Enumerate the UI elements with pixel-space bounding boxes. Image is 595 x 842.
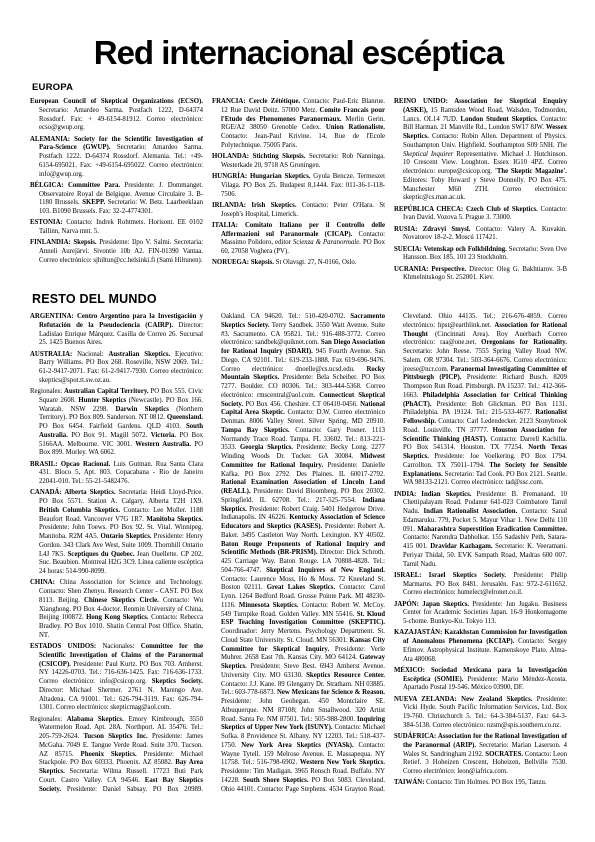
entry-name-bold: Cercle Zététique. <box>249 98 300 105</box>
entry-name-bold: Tucson Skeptics Inc. <box>83 733 147 740</box>
entry-name-bold: ISRAEL: <box>394 572 429 579</box>
entry-name-bold: MÉXICO: <box>394 667 431 674</box>
entry-name-bold: FRANCIA: <box>212 98 249 105</box>
entry-name-bold: Victoria. <box>151 432 176 439</box>
entry-name-bold: Hong Kong Skeptics. <box>86 614 149 621</box>
entry-name-bold: BÉLGICA: <box>30 182 68 189</box>
directory-entry: SUECIA: Vetenskap och Folkbildning. Secr… <box>394 246 567 264</box>
entry-name-bold: Hunter Skeptics <box>78 397 126 404</box>
entry-text: Nacionales: <box>102 643 140 650</box>
directory-entry: UCRANIA: Perspective. Director: Oleg G. … <box>394 266 567 284</box>
entry-name-bold: European Council of Skeptical Organizati… <box>30 98 203 105</box>
entry-text: PO Box 91. Magill 5072. <box>68 432 151 439</box>
entry-name-bold: Israel Skeptics Society. <box>429 572 506 579</box>
entry-name-bold: REINO UNIDO: <box>394 98 454 105</box>
directory-entry: ESTONIA: Contacto: Indrek Rohtmets. Hori… <box>30 219 203 237</box>
entry-name-bold: RUSIA: <box>394 226 423 233</box>
entry-text: Director: Michael Shermer. 2761 N. Maren… <box>39 687 203 712</box>
entry-name-bold: CHINA: <box>30 579 60 586</box>
entry-name-bold: Czech Club of Skeptics. <box>466 206 538 213</box>
page-title: Red internacional escéptica <box>30 34 567 72</box>
entry-name-bold: Zdravyi Smysl. <box>423 226 471 233</box>
entry-name-bold: Vetenskap och Folkbildning. <box>424 246 507 253</box>
entry-name-bold: Maharashtra Superstition Eradication Com… <box>417 526 567 533</box>
directory-entry: CHINA: China Association for Science and… <box>30 579 203 640</box>
directory-entry: MÉXICO: Sociedad Mexicana para la Invest… <box>394 667 567 693</box>
entry-name-bold: Alberta Skeptics. <box>64 489 115 496</box>
entry-name-bold: HOLANDA: <box>212 153 253 160</box>
directory-entry: CANADÁ: Alberta Skeptics. Secretaria: He… <box>30 489 203 577</box>
entry-name-bold: Perspective. <box>431 266 466 273</box>
entry-name-bold: IRLANDA: <box>212 202 251 209</box>
entry-name-bold: Opcao Racional. <box>61 461 111 468</box>
entry-name-bold: AUSTRALIA: <box>30 351 77 358</box>
entry-name-bold: SOCRATES. <box>485 751 523 758</box>
entry-name-bold: South Shore Skeptics. <box>243 777 309 784</box>
entry-name-bold: Indian Skeptics. <box>421 491 471 498</box>
entry-name-bold: Chinese Skeptics Circle. <box>84 597 159 604</box>
entry-name-bold: Phoenix Skeptics. <box>81 751 137 758</box>
entry-name-bold: TAIWÁN: <box>394 779 426 786</box>
entry-name-bold: London Student Skeptics. <box>461 116 538 123</box>
directory-entry: BRASIL: Opcao Racional. Luis Gutman. Rua… <box>30 461 203 487</box>
directory-entry: ISRAEL: Israel Skeptics Society. Preside… <box>394 572 567 598</box>
entry-name-bold: Tampa Bay Skeptics. <box>221 427 290 434</box>
directory-entry: HUNGRÍA: Hungarian Skeptics. Gyula Bencz… <box>212 173 385 199</box>
entry-name-bold: Irish Skeptics. <box>251 202 296 209</box>
directory-entry: BÉLGICA: Committee Para. Presidente: J. … <box>30 182 203 217</box>
directory-entry: ARGENTINA: Centro Argentino para la Inve… <box>30 313 203 348</box>
entry-name-bold: CANADÁ: <box>30 489 64 496</box>
entry-name-bold: Minnesota Skeptics. <box>239 602 299 609</box>
directory-entry: REINO UNIDO: Association for Skeptical E… <box>394 98 567 203</box>
directory-entry: AUSTRALIA: Nacional: Australian Skeptics… <box>30 351 203 386</box>
directory-entry: FRANCIA: Cercle Zététique. Contacto: Pau… <box>212 98 385 151</box>
entry-name-bold: KAZAJASTÁN: <box>394 629 444 636</box>
entry-name-bold: New Zealand Skeptics. <box>461 696 532 703</box>
directory-entry: NORUEGA: Skepsis. St Olavsgt. 27, N-0166… <box>212 259 385 268</box>
directory-entry: NUEVA ZELANDA: New Zealand Skeptics. Pre… <box>394 696 567 731</box>
directory-entry: REPÚBLICA CHECA: Czech Club of Skeptics.… <box>394 206 567 224</box>
directory-entry: IRLANDA: Irish Skeptics. Contacto: Peter… <box>212 202 385 220</box>
entry-name-bold: ALEMANIA: <box>30 136 74 143</box>
entry-name-bold: SUECIA: <box>394 246 424 253</box>
directory-entry: TAIWÁN: Contacto: Tim Holmes. PO Box 195… <box>394 779 567 788</box>
section-header-resto-del-mundo: RESTO DEL MUNDO <box>32 292 567 306</box>
entry-name-bold: Committee Para. <box>68 182 120 189</box>
entry-name-bold: Hungarian Skeptics. <box>250 173 310 180</box>
entry-name-bold: Ontario Skeptics. <box>101 533 152 540</box>
entry-name-bold: NORUEGA: <box>212 259 251 266</box>
entry-name-bold: Australian Capital Territory. <box>64 388 149 395</box>
entry-name-bold: Dravidar Kazhagam. <box>430 543 492 550</box>
entry-name-bold: 'The Skeptic Magazine'. <box>495 168 567 175</box>
entry-name-bold: New Mexicans for Science & Reason. <box>277 689 385 696</box>
entry-name-bold: Japan Skeptics. <box>422 601 469 608</box>
entry-name-bold: Queensland. <box>167 414 203 421</box>
entry-name-bold: Darwin Skeptics <box>115 406 168 413</box>
entry-text: Editores: Toby Howard y Steve Donnelly. … <box>403 177 567 202</box>
entry-name-bold: Union Rationaliste. <box>326 124 385 131</box>
entry-name-bold: Western Australia. <box>135 441 191 448</box>
entry-name-bold: NUEVA ZELANDA: <box>394 696 461 703</box>
entry-name-bold: Western New York Skeptics. <box>300 759 385 766</box>
entry-name-bold: Skepsis. <box>251 259 274 266</box>
directory-entry: Regionales: Australian Capital Territory… <box>30 388 203 458</box>
entry-text: PO Box 456. Cheshire. CT 06410-0456. <box>243 401 360 408</box>
directory-entry: ALEMANIA: Society for the Scientific Inv… <box>30 136 203 180</box>
directory-entry: FINLANDIA: Skepsis. Presidente: Ilpo V. … <box>30 239 203 265</box>
entry-name-bold: ITALIA: <box>212 222 245 229</box>
directory-entry: INDIA: Indian Skeptics. Presidente: B. P… <box>394 491 567 570</box>
entry-name-bold: Great Lakes Skeptics. <box>267 584 335 591</box>
entry-name-bold: HUNGRÍA: <box>212 173 250 180</box>
directory-columns-resto-del-mundo: ARGENTINA: Centro Argentino para la Inve… <box>30 313 567 794</box>
entry-text: PO Box 6454. Fairfield Gardens. QLD 4103… <box>39 423 186 430</box>
entry-name-bold: Oregonians for Rationality. <box>481 339 567 346</box>
entry-name-bold: Skeptical Inquirers of New England. <box>266 567 385 574</box>
entry-name-italic: Scienza & Paranormale. <box>293 239 361 246</box>
section-header-europa: EUROPA <box>32 82 567 93</box>
entry-name-bold: Skeptics Resource Center. <box>306 672 385 679</box>
entry-name-bold: SUDÁFRICA: <box>394 733 438 740</box>
entry-name-bold: Indian Rationalist Association. <box>424 508 518 515</box>
entry-name-bold: Skeptics Society. <box>152 678 203 685</box>
entry-name-bold: Stichting Skepsis. <box>253 153 306 160</box>
entry-name-bold: UCRANIA: <box>394 266 431 273</box>
entry-name-bold: ARGENTINA: <box>30 313 77 320</box>
entry-text: Contacto: Jean-Paul Krivine. 14, Rue de … <box>221 133 385 149</box>
document-page: Red internacional escéptica EUROPA Europ… <box>0 0 595 842</box>
entry-name-bold: Manitoba Skeptics. <box>146 516 203 523</box>
entry-text: Nacional: <box>77 351 108 358</box>
directory-entry: ESTADOS UNIDOS: Nacionales: Committee fo… <box>30 643 203 713</box>
entry-text: Contacto: Tim Holmes. PO Box 195, Tanzu. <box>426 779 546 786</box>
directory-entry: JAPÓN: Japan Skeptics. Presidente: Jun J… <box>394 601 567 627</box>
entry-name-bold: BRASIL: <box>30 461 61 468</box>
entry-name-bold: JAPÓN: <box>394 601 422 608</box>
entry-name-bold: Alabama Skeptics. <box>67 716 124 723</box>
directory-entry: ITALIA: Comitato Italiano per il Control… <box>212 222 385 257</box>
entry-name-bold: Sceptiques du Quebec. <box>68 551 135 558</box>
entry-name-bold: REPÚBLICA CHECA: <box>394 206 466 213</box>
directory-entry: SUDÁFRICA: Association for the Rational … <box>394 733 567 777</box>
entry-text: St Olavsgt. 27, N-0166, Oslo. <box>274 259 357 266</box>
directory-entry: RUSIA: Zdravyi Smysl. Contacto: Valery A… <box>394 226 567 244</box>
directory-entry: KAZAJASTÁN: Kazakhstan Commission for In… <box>394 629 567 664</box>
section-europa: EUROPA European Council of Skeptical Org… <box>30 82 567 283</box>
entry-name-bold: SKEPP. <box>82 199 105 206</box>
entry-text: Regionales: <box>30 716 67 723</box>
directory-entry: HOLANDA: Stichting Skepsis. Secretario: … <box>212 153 385 171</box>
entry-name-bold: INDIA: <box>394 491 421 498</box>
entry-text: Secretario: Amardeo Sarma. Postfach 1222… <box>39 107 203 132</box>
entry-name-bold: British Columbia Skeptics. <box>39 507 120 514</box>
entry-text: Regionales: <box>30 388 64 395</box>
section-resto-del-mundo: RESTO DEL MUNDO ARGENTINA: Centro Argent… <box>30 292 567 794</box>
directory-entry: European Council of Skeptical Organizati… <box>30 98 203 133</box>
directory-columns-europa: European Council of Skeptical Organizati… <box>30 98 567 283</box>
entry-name-bold: Georgia Skeptics. <box>240 444 293 451</box>
entry-name-bold: ESTADOS UNIDOS: <box>30 643 102 650</box>
entry-name-bold: FINLANDIA: <box>30 239 73 246</box>
entry-name-bold: Australian Skeptics. <box>108 351 170 358</box>
entry-name-bold: Skepsis. <box>73 239 96 246</box>
entry-name-bold: ESTONIA: <box>30 219 66 226</box>
entry-name-bold: New York Area Skeptics (NYASk). <box>241 742 353 749</box>
